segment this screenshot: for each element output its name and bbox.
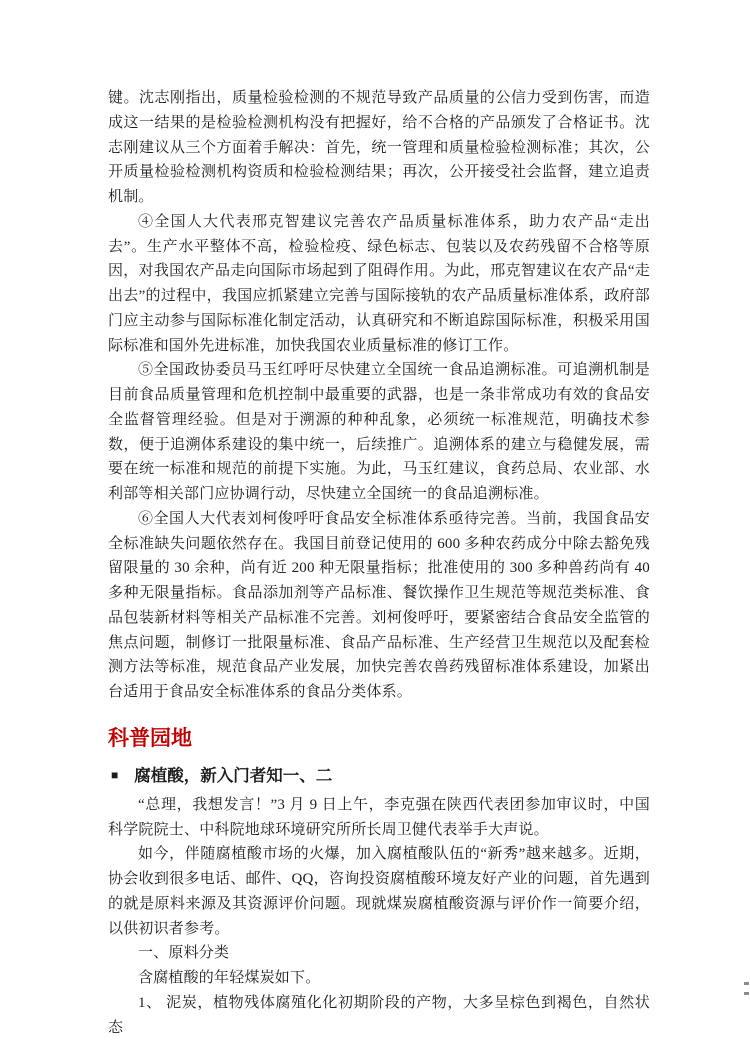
edge-dash [744, 992, 749, 995]
page-edge-artifact [744, 982, 750, 998]
article-title-text: 腐植酸，新入门者知一、二 [134, 763, 332, 788]
section-subheading-classification: 一、原料分类 [108, 941, 650, 966]
body-paragraph-item5: ⑤全国政协委员马玉红呼吁尽快建立全国统一食品追溯标准。可追溯机制是目前食品质量管… [108, 358, 650, 507]
body-paragraph-item6: ⑥全国人大代表刘柯俊呼吁食品安全标准体系亟待完善。当前，我国食品安全标准缺失问题… [108, 507, 650, 705]
document-page: 键。沈志刚指出，质量检验检测的不规范导致产品质量的公信力受到伤害，而造成这一结果… [0, 0, 750, 1060]
section-paragraph-peat: 1、 泥炭，植物残体腐殖化化初期阶段的产物，大多呈棕色到褐色，自然状态 [108, 991, 650, 1041]
section-heading: 科普园地 [108, 725, 650, 751]
section-paragraph-coal-lead: 含腐植酸的年轻煤炭如下。 [108, 966, 650, 991]
article-title: ■ 腐植酸，新入门者知一、二 [108, 763, 650, 788]
body-paragraph-item4: ④全国人大代表邢克智建议完善农产品质量标准体系，助力农产品“走出去”。生产水平整… [108, 210, 650, 359]
square-bullet-icon: ■ [111, 769, 118, 781]
body-paragraph-continued: 键。沈志刚指出，质量检验检测的不规范导致产品质量的公信力受到伤害，而造成这一结果… [108, 86, 650, 210]
section-paragraph-quote: “总理，我想发言！”3 月 9 日上午，李克强在陕西代表团参加审议时，中国科学院… [108, 793, 650, 843]
edge-dash [744, 982, 749, 985]
section-paragraph-intro: 如今，伴随腐植酸市场的火爆，加入腐植酸队伍的“新秀”越来越多。近期，协会收到很多… [108, 842, 650, 941]
